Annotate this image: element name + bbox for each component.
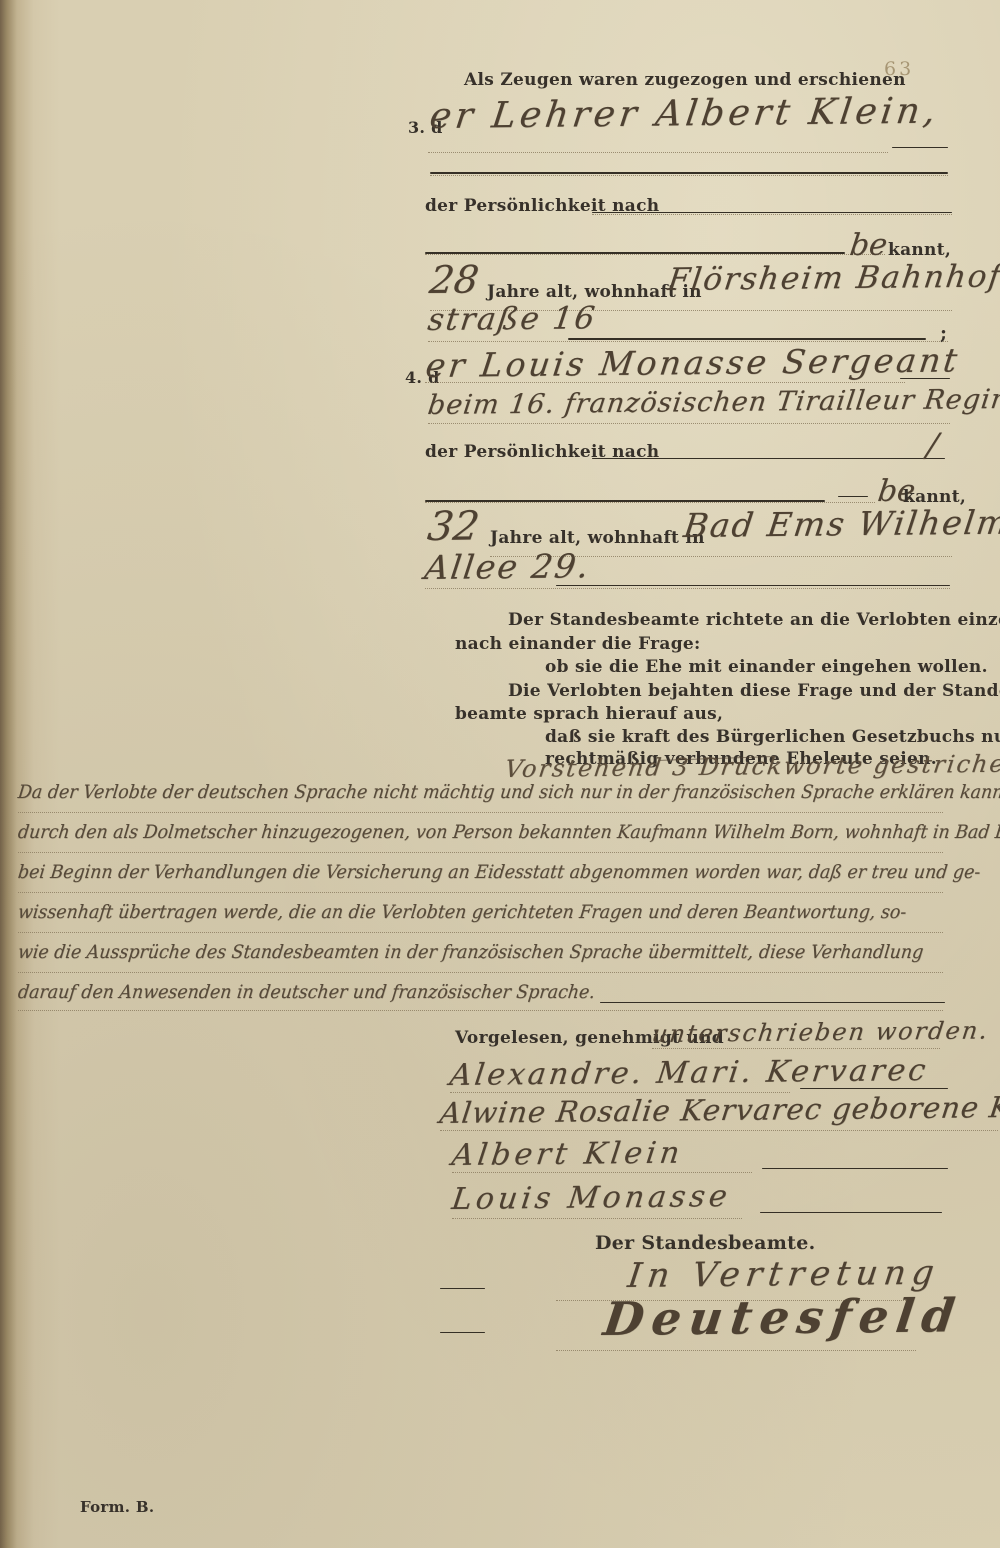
signature-witness4: Louis Monasse	[450, 1179, 733, 1217]
declaration-line-6: daß sie kraft des Bürgerlichen Gesetzbuc…	[545, 727, 1000, 747]
witness3-known-prefix-handwritten: be	[848, 228, 890, 263]
interpreter-line-3-handwritten: bei Beginn der Verhandlungen die Versich…	[17, 862, 982, 883]
interpreter-line-1-handwritten: Da der Verlobte der deutschen Sprache ni…	[17, 782, 1000, 803]
interpreter-line-5-handwritten: wie die Aussprüche des Standesbeamten in…	[17, 942, 925, 963]
witness4-age-label: Jahre alt, wohnhaft in	[490, 528, 705, 548]
witness3-name-handwritten: er Lehrer Albert Klein,	[427, 91, 941, 137]
declaration-line-1: Der Standesbeamte richtete an die Verlob…	[508, 610, 1000, 630]
interpreter-line-4-handwritten: wissenhaft übertragen werde, die an die …	[17, 902, 908, 923]
witness3-personality-label: der Persönlichkeit nach	[425, 196, 659, 216]
witness4-personality-label: der Persönlichkeit nach	[425, 442, 659, 462]
witness-intro-line: Als Zeugen waren zugezogen und erschiene…	[464, 70, 906, 90]
signature-groom: Alexandre. Mari. Kervarec	[448, 1053, 931, 1093]
registrar-signature-handwritten: Deutesfeld	[600, 1288, 965, 1346]
marginal-note-handwritten: Vorstehend 3 Druckworte gestrichen.	[503, 749, 1000, 783]
witness4-name-handwritten: er Louis Monasse Sergeant	[423, 340, 962, 385]
witness4-residence-line1-handwritten: Bad Ems Wilhelms-	[681, 502, 1000, 545]
closing-handwritten: unterschrieben worden.	[650, 1016, 991, 1048]
witness4-age-handwritten: 32	[425, 503, 482, 550]
declaration-line-5: beamte sprach hierauf aus,	[455, 704, 723, 724]
signature-witness3: Albert Klein	[450, 1136, 686, 1173]
witness4-unit-handwritten: beim 16. französischen Tirailleur Regime…	[426, 383, 1000, 421]
interpreter-line-2-handwritten: durch den als Dolmetscher hinzugezogenen…	[17, 822, 1000, 843]
witness3-residence-line2-handwritten: straße 16	[426, 300, 599, 338]
interpreter-line-6-handwritten: darauf den Anwesenden in deutscher und f…	[17, 982, 596, 1003]
form-label: Form. B.	[80, 1498, 154, 1516]
registrar-title: Der Standesbeamte.	[595, 1232, 816, 1254]
declaration-line-2: nach einander die Frage:	[455, 634, 701, 654]
declaration-line-3: ob sie die Ehe mit einander eingehen wol…	[545, 657, 988, 677]
witness3-residence-line1-handwritten: Flörsheim Bahnhof-	[666, 258, 1000, 298]
declaration-line-4: Die Verlobten bejahten diese Frage und d…	[508, 681, 1000, 701]
witness4-residence-line2-handwritten: Allee 29.	[422, 546, 592, 587]
registry-document-page: 63 Als Zeugen waren zugezogen und erschi…	[0, 0, 1000, 1548]
witness3-known-printed: kannt,	[888, 240, 951, 260]
signature-bride: Alwine Rosalie Kervarec geborene Klein	[438, 1089, 1000, 1130]
witness3-age-handwritten: 28	[427, 257, 481, 302]
